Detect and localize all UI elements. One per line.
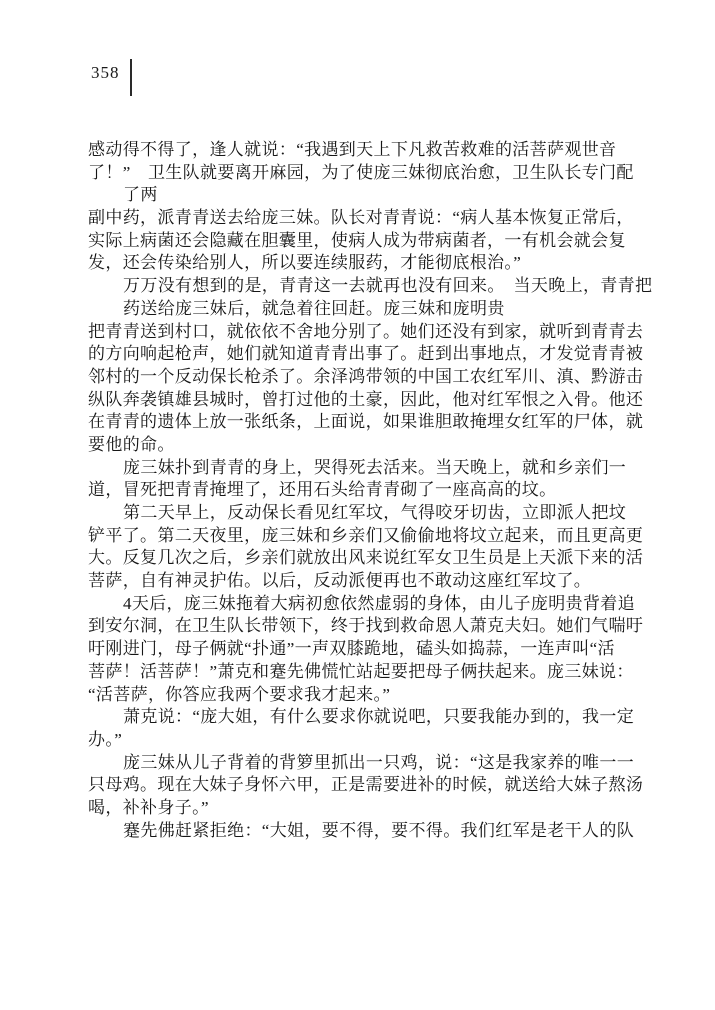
text-line: 在青青的遗体上放一张纸条，上面说，如果谁胆敢掩埋女红军的尸体，就 (88, 411, 630, 434)
body-text: 感动得不得了，逢人就说：“我遇到天上下凡救苦救难的活菩萨观世音了！” 卫生队就要… (88, 139, 630, 842)
text-line: 感动得不得了，逢人就说：“我遇到天上下凡救苦救难的活菩萨观世音 (88, 139, 630, 162)
text-line: 铲平了。第二天夜里，庞三妹和乡亲们又偷偷地将坟立起来，而且更高更 (88, 525, 630, 548)
text-line: 4天后，庞三妹拖着大病初愈依然虚弱的身体，由儿子庞明贵背着追 (88, 593, 630, 616)
text-line: 了两 (88, 184, 630, 207)
text-line: 菩萨，自有神灵护佑。以后，反动派便再也不敢动这座红军坟了。 (88, 570, 630, 593)
text-line: 菩萨！活菩萨！”萧克和蹇先佛慌忙站起要把母子俩扶起来。庞三妹说： (88, 661, 630, 684)
text-line: 吁刚进门，母子俩就“扑通”一声双膝跪地，磕头如捣蒜，一连声叫“活 (88, 638, 630, 661)
text-line: 要他的命。 (88, 434, 630, 457)
text-line: 大。反复几次之后，乡亲们就放出风来说红军女卫生员是上天派下来的活 (88, 547, 630, 570)
text-line: 道，冒死把青青掩埋了，还用石头给青青砌了一座高高的坟。 (88, 479, 630, 502)
text-line: 办。” (88, 729, 630, 752)
text-line: 发，还会传染给别人，所以要连续服药，才能彻底根治。” (88, 252, 630, 275)
text-line: 萧克说：“庞大姐，有什么要求你就说吧，只要我能办到的，我一定 (88, 706, 630, 729)
book-page: 358 感动得不得了，逢人就说：“我遇到天上下凡救苦救难的活菩萨观世音了！” 卫… (0, 0, 715, 1010)
text-line: 实际上病菌还会隐藏在胆囊里，使病人成为带病菌者，一有机会就会复 (88, 230, 630, 253)
text-line: “活菩萨，你答应我两个要求我才起来。” (88, 684, 630, 707)
text-line: 药送给庞三妹后，就急着往回赶。庞三妹和庞明贵 (88, 298, 630, 321)
text-line: 只母鸡。现在大妹子身怀六甲，正是需要进补的时候，就送给大妹子熬汤 (88, 774, 630, 797)
text-line: 喝，补补身子。” (88, 797, 630, 820)
text-line: 了！” 卫生队就要离开麻园，为了使庞三妹彻底治愈，卫生队长专门配 (88, 162, 630, 185)
text-line: 庞三妹扑到青青的身上，哭得死去活来。当天晚上，就和乡亲们一 (88, 457, 630, 480)
header-divider (130, 59, 132, 96)
text-line: 把青青送到村口，就依依不舍地分别了。她们还没有到家，就听到青青去 (88, 321, 630, 344)
text-line: 邻村的一个反动保长枪杀了。余泽鸿带领的中国工农红军川、滇、黔游击 (88, 366, 630, 389)
text-line: 纵队奔袭镇雄县城时，曾打过他的土豪，因此，他对红军恨之入骨。他还 (88, 389, 630, 412)
text-line: 的方向响起枪声，她们就知道青青出事了。赶到出事地点，才发觉青青被 (88, 343, 630, 366)
text-line: 到安尔洞，在卫生队长带领下，终于找到救命恩人萧克夫妇。她们气喘吁 (88, 615, 630, 638)
page-number: 358 (91, 63, 120, 83)
text-line: 庞三妹从儿子背着的背箩里抓出一只鸡，说：“这是我家养的唯一一 (88, 752, 630, 775)
text-line: 副中药，派青青送去给庞三妹。队长对青青说：“病人基本恢复正常后， (88, 207, 630, 230)
text-line: 蹇先佛赶紧拒绝：“大姐，要不得，要不得。我们红军是老干人的队 (88, 820, 630, 843)
text-line: 万万没有想到的是，青青这一去就再也没有回来。 当天晚上，青青把 (88, 275, 630, 298)
text-line: 第二天早上，反动保长看见红军坟，气得咬牙切齿，立即派人把坟 (88, 502, 630, 525)
